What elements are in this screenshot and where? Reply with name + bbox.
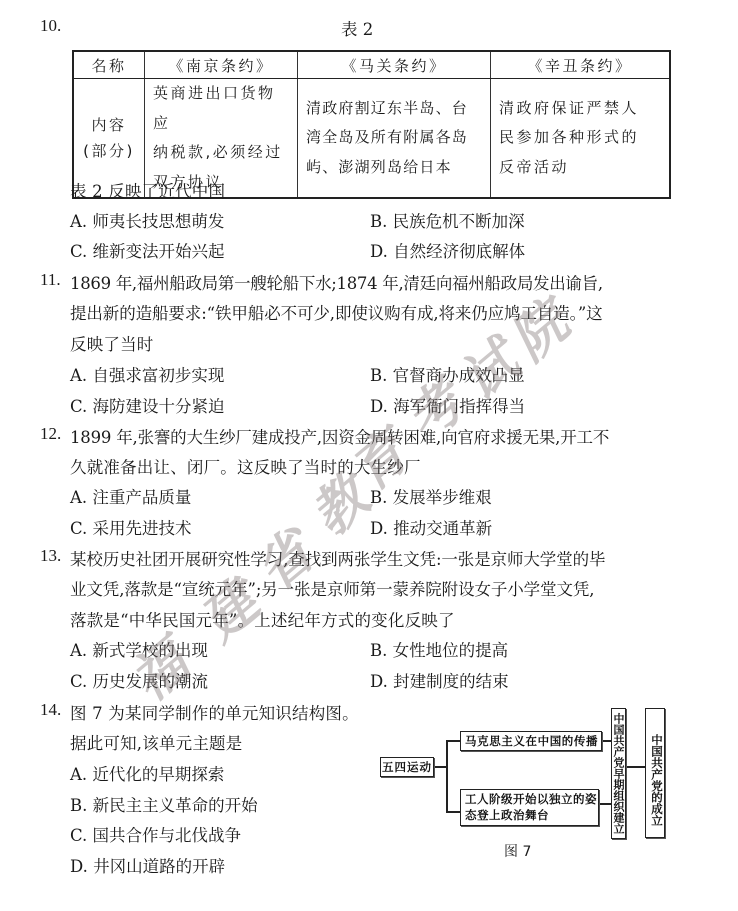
connector-line: [597, 803, 611, 805]
cell-line: 民参加各种形式的: [499, 123, 663, 153]
q14-option-b[interactable]: B. 新民主主义革命的开始: [70, 792, 258, 816]
question-10-number: 10.: [40, 16, 61, 36]
q10-option-a[interactable]: A. 师夷长技思想萌发: [70, 208, 224, 232]
cell-line: 湾全岛及所有附属各岛: [306, 123, 484, 153]
node-line: 态登上政治舞台: [465, 807, 598, 823]
question-13-line-1: 某校历史社团开展研究性学习,查找到两张学生文凭:一张是京师大学堂的毕: [70, 546, 605, 570]
question-11-line-2: 提出新的造船要求:“铁甲船必不可少,即使议购有成,将来仍应鸠工自造。”这: [70, 300, 603, 324]
row-label-line1: 内容: [80, 112, 138, 138]
connector-line: [446, 740, 448, 812]
q13-option-c[interactable]: C. 历史发展的潮流: [70, 668, 208, 692]
diagram-node-working-class: 工人阶级开始以独立的姿 态登上政治舞台: [460, 789, 599, 826]
question-11-line-3: 反映了当时: [70, 331, 154, 355]
q11-option-a[interactable]: A. 自强求富初步实现: [70, 362, 224, 386]
table-header-row: 名称 《南京条约》 《马关条约》 《辛丑条约》: [73, 51, 670, 79]
q12-option-a[interactable]: A. 注重产品质量: [70, 484, 191, 508]
question-13-line-2: 业文凭,落款是“宣统元年”;另一张是京师第一蒙养院附设女子小学堂文凭,: [70, 576, 594, 600]
cell-line: 反帝活动: [499, 153, 663, 183]
table-header-nanjing: 《南京条约》: [145, 51, 298, 79]
question-12-number: 12.: [40, 424, 61, 444]
table-header-maguan: 《马关条约》: [298, 51, 491, 79]
cell-line: 屿、澎湖列岛给日本: [306, 153, 484, 183]
q13-option-b[interactable]: B. 女性地位的提高: [370, 637, 508, 661]
figure-7-caption: 图 7: [504, 841, 531, 861]
node-text: 中国共产党的成立: [650, 723, 664, 837]
node-line: 工人阶级开始以独立的姿: [465, 791, 598, 807]
q12-option-c[interactable]: C. 采用先进技术: [70, 515, 192, 539]
question-13-number: 13.: [40, 546, 61, 566]
cell-line: 纳税款,必须经过: [153, 138, 291, 168]
question-14-line-1: 图 7 为某同学制作的单元知识结构图。: [70, 700, 359, 724]
q11-option-d[interactable]: D. 海军衙门指挥得当: [370, 393, 525, 417]
q13-option-d[interactable]: D. 封建制度的结束: [370, 668, 509, 692]
q10-option-d[interactable]: D. 自然经济彻底解体: [370, 238, 525, 262]
q10-option-b[interactable]: B. 民族危机不断加深: [370, 208, 525, 232]
question-14-line-2: 据此可知,该单元主题是: [70, 730, 242, 754]
row-label-line2: (部分): [80, 138, 138, 164]
q11-option-b[interactable]: B. 官督商办成效凸显: [370, 362, 525, 386]
q12-option-b[interactable]: B. 发展举步维艰: [370, 484, 492, 508]
connector-line: [446, 811, 460, 813]
diagram-node-marxism: 马克思主义在中国的传播: [460, 731, 602, 751]
q14-option-a[interactable]: A. 近代化的早期探索: [70, 761, 224, 785]
question-14-number: 14.: [40, 700, 61, 720]
table-cell-xinchou: 清政府保证严禁人 民参加各种形式的 反帝活动: [491, 79, 671, 199]
diagram-node-early-cpc: 中国共产党早期组织建立: [611, 708, 626, 839]
q14-option-d[interactable]: D. 井冈山道路的开辟: [70, 853, 225, 877]
question-10-stem: 表 2 反映了近代中国: [70, 178, 225, 202]
connector-line: [625, 766, 645, 768]
cell-line: 英商进出口货物应: [153, 79, 291, 138]
table-caption: 表 2: [341, 16, 373, 40]
question-11-line-1: 1869 年,福州船政局第一艘轮船下水;1874 年,清廷向福州船政局发出谕旨,: [70, 270, 603, 294]
question-12-line-2: 久就准备出让、闭厂。这反映了当时的大生纱厂: [70, 454, 421, 478]
treaty-table: 名称 《南京条约》 《马关条约》 《辛丑条约》 内容 (部分) 英商进出口货物应…: [72, 50, 671, 199]
q10-option-c[interactable]: C. 维新变法开始兴起: [70, 238, 225, 262]
diagram-node-cpc-founding: 中国共产党的成立: [645, 708, 665, 838]
q12-option-d[interactable]: D. 推动交通革新: [370, 515, 492, 539]
cell-line: 清政府割辽东半岛、台: [306, 94, 484, 124]
question-13-line-3: 落款是“中华民国元年”。上述纪年方式的变化反映了: [70, 607, 455, 631]
diagram-node-may-fourth: 五四运动: [380, 757, 434, 777]
q14-option-c[interactable]: C. 国共合作与北伐战争: [70, 822, 241, 846]
table-cell-maguan: 清政府割辽东半岛、台 湾全岛及所有附属各岛 屿、澎湖列岛给日本: [298, 79, 491, 199]
connector-line: [432, 766, 447, 768]
q11-option-c[interactable]: C. 海防建设十分紧迫: [70, 393, 225, 417]
question-12-line-1: 1899 年,张謇的大生纱厂建成投产,因资金周转困难,向官府求援无果,开工不: [70, 424, 609, 448]
table-header-xinchou: 《辛丑条约》: [491, 51, 671, 79]
connector-line: [446, 740, 460, 742]
q13-option-a[interactable]: A. 新式学校的出现: [70, 637, 208, 661]
table-header-name: 名称: [73, 51, 145, 79]
cell-line: 清政府保证严禁人: [499, 94, 663, 124]
question-11-number: 11.: [40, 270, 61, 290]
